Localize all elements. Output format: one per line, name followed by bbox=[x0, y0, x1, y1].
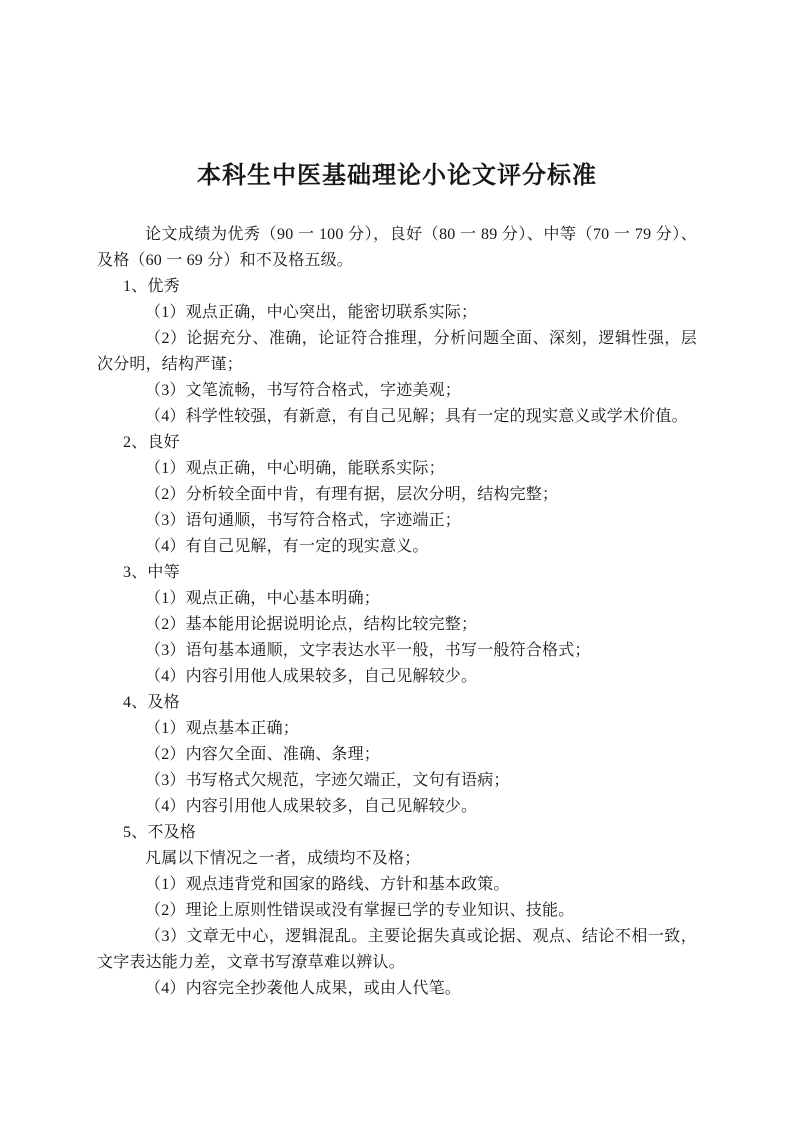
criteria-item: （4）有自己见解，有一定的现实意义。 bbox=[97, 534, 697, 560]
criteria-item: （2）基本能用论据说明论点，结构比较完整； bbox=[97, 612, 697, 638]
criteria-item: （4）内容引用他人成果较多，自己见解较少。 bbox=[97, 664, 697, 690]
section-heading-fail: 5、不及格 bbox=[97, 820, 697, 846]
criteria-item: （1）观点正确，中心突出，能密切联系实际； bbox=[97, 300, 697, 326]
section-heading-average: 3、中等 bbox=[97, 560, 697, 586]
criteria-item: （1）观点违背党和国家的路线、方针和基本政策。 bbox=[97, 872, 697, 898]
criteria-item: （4）内容完全抄袭他人成果，或由人代笔。 bbox=[97, 976, 697, 1002]
criteria-item: （3）书写格式欠规范，字迹欠端正，文句有语病； bbox=[97, 768, 697, 794]
criteria-item: （2）分析较全面中肯，有理有据，层次分明，结构完整； bbox=[97, 482, 697, 508]
criteria-item: （3）文章无中心，逻辑混乱。主要论据失真或论据、观点、结论不相一致，文字表达能力… bbox=[97, 924, 697, 976]
section-heading-excellent: 1、优秀 bbox=[97, 274, 697, 300]
criteria-item: （2）内容欠全面、准确、条理； bbox=[97, 742, 697, 768]
document-title: 本科生中医基础理论小论文评分标准 bbox=[97, 160, 697, 192]
criteria-item: （3）语句通顺，书写符合格式，字迹端正； bbox=[97, 508, 697, 534]
criteria-item: （2）论据充分、准确，论证符合推理，分析问题全面、深刻，逻辑性强，层次分明，结构… bbox=[97, 326, 697, 378]
criteria-item: （1）观点正确，中心基本明确； bbox=[97, 586, 697, 612]
section-heading-pass: 4、及格 bbox=[97, 690, 697, 716]
criteria-item: （1）观点正确，中心明确，能联系实际； bbox=[97, 456, 697, 482]
criteria-item: （3）语句基本通顺，文字表达水平一般，书写一般符合格式； bbox=[97, 638, 697, 664]
document-page: 本科生中医基础理论小论文评分标准 论文成绩为优秀（90 一 100 分），良好（… bbox=[0, 0, 794, 1123]
criteria-item: （2）理论上原则性错误或没有掌握已学的专业知识、技能。 bbox=[97, 898, 697, 924]
fail-note: 凡属以下情况之一者，成绩均不及格； bbox=[97, 846, 697, 872]
criteria-item: （3）文笔流畅，书写符合格式，字迹美观； bbox=[97, 378, 697, 404]
criteria-item: （1）观点基本正确； bbox=[97, 716, 697, 742]
intro-paragraph: 论文成绩为优秀（90 一 100 分），良好（80 一 89 分）、中等（70 … bbox=[97, 222, 697, 274]
section-heading-good: 2、良好 bbox=[97, 430, 697, 456]
document-body: 论文成绩为优秀（90 一 100 分），良好（80 一 89 分）、中等（70 … bbox=[97, 222, 697, 1002]
criteria-item: （4）内容引用他人成果较多，自己见解较少。 bbox=[97, 794, 697, 820]
criteria-item: （4）科学性较强，有新意，有自己见解；具有一定的现实意义或学术价值。 bbox=[97, 404, 697, 430]
